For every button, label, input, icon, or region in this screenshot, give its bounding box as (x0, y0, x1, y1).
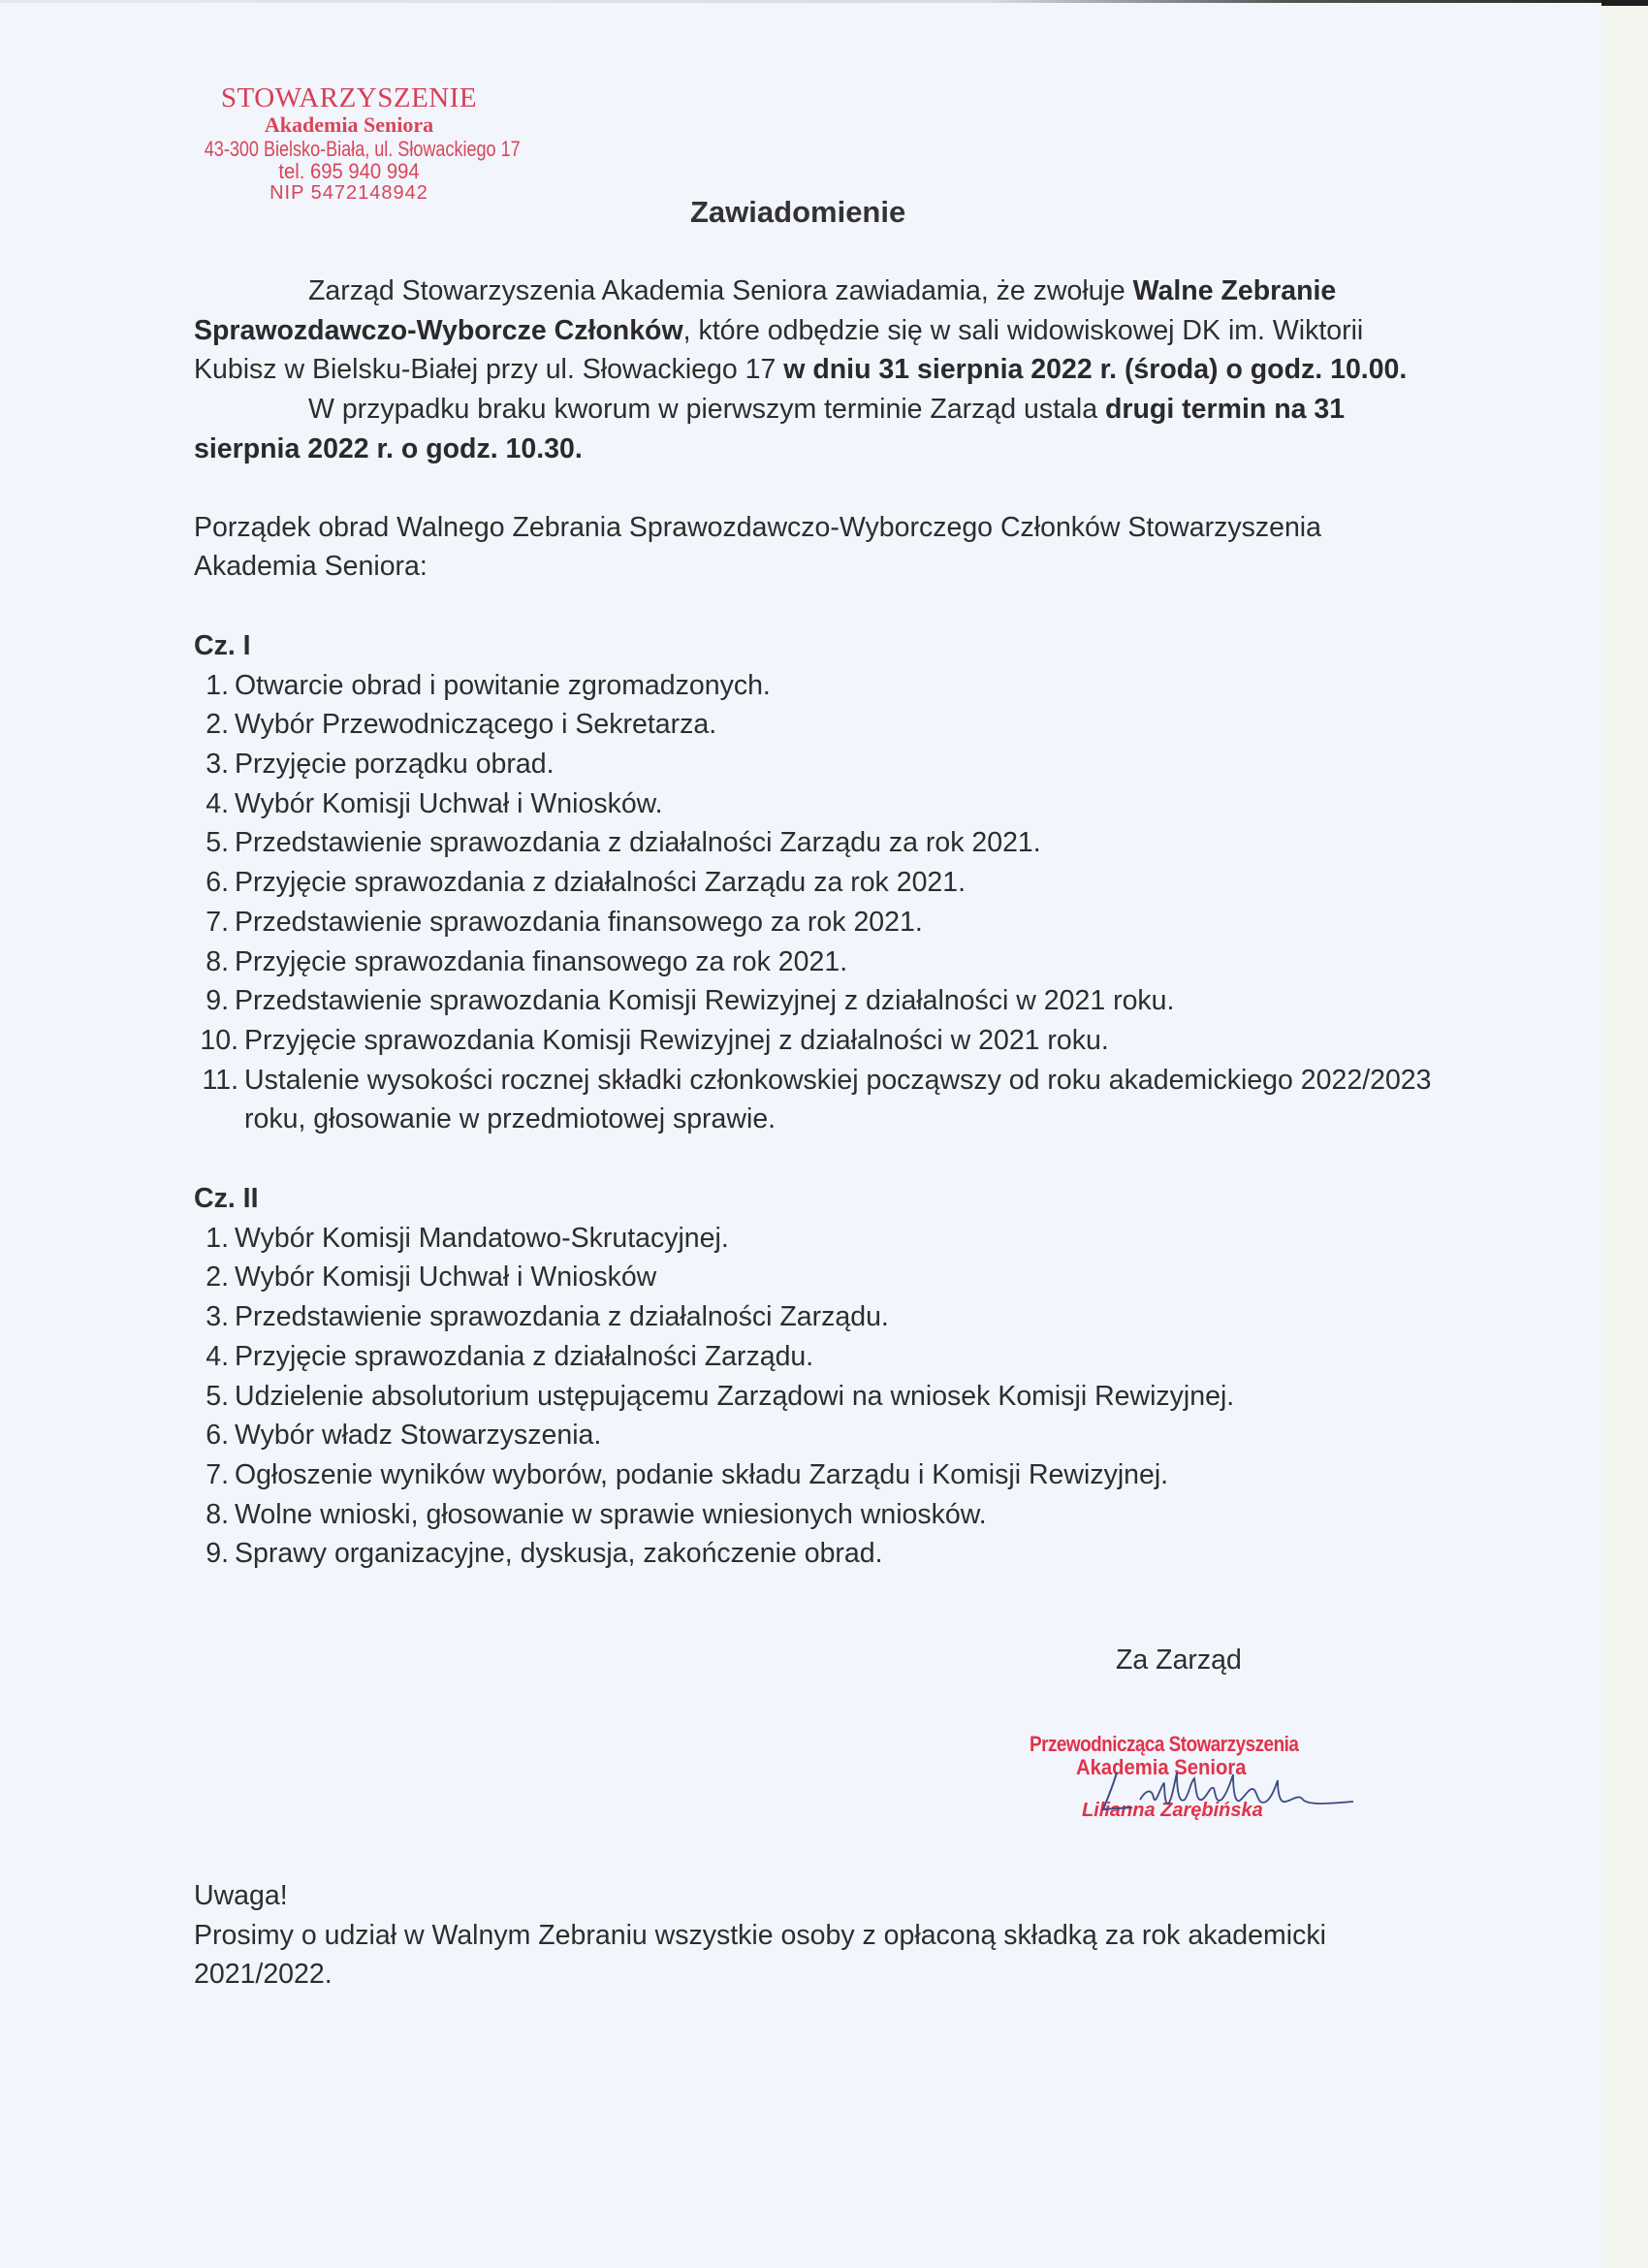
quorum-text: W przypadku braku kworum w pierwszym ter… (308, 394, 1105, 425)
agenda-item-number: 2. (194, 1258, 229, 1297)
agenda-item: 7.Przedstawienie sprawozdania finansoweg… (194, 903, 1444, 942)
agenda-item-text: Wybór Przewodniczącego i Sekretarza. (235, 709, 716, 740)
notice-heading: Uwaga! (194, 1876, 1454, 1916)
agenda-item-text: Otwarcie obrad i powitanie zgromadzonych… (235, 670, 771, 701)
agenda-item-text: Przyjęcie sprawozdania z działalności Za… (235, 867, 966, 898)
agenda-item-text: Przyjęcie sprawozdania Komisji Rewizyjne… (244, 1025, 1109, 1056)
agenda-item-text: Przedstawienie sprawozdania z działalnoś… (235, 827, 1041, 858)
agenda-item: 4.Wybór Komisji Uchwał i Wniosków. (194, 784, 1444, 824)
scan-edge-corner (1601, 0, 1648, 6)
notice-text: Prosimy o udział w Walnym Zebraniu wszys… (194, 1916, 1454, 1995)
agenda-item: 9.Przedstawienie sprawozdania Komisji Re… (194, 981, 1444, 1021)
agenda-item-number: 9. (194, 1534, 229, 1574)
agenda-item-text: Przyjęcie porządku obrad. (235, 749, 555, 780)
letterhead-stamp: STOWARZYSZENIE Akademia Seniora 43-300 B… (173, 83, 525, 204)
agenda-item: 5.Udzielenie absolutorium ustępującemu Z… (194, 1377, 1444, 1417)
agenda-item-number: 5. (194, 823, 229, 863)
part1-heading: Cz. I (194, 626, 1444, 666)
stamp-phone: tel. 695 940 994 (187, 160, 512, 182)
agenda-item-number: 6. (194, 1416, 229, 1455)
agenda-item-number: 7. (194, 1455, 229, 1495)
part1-agenda-list: 1.Otwarcie obrad i powitanie zgromadzony… (194, 666, 1444, 1139)
agenda-item: 7.Ogłoszenie wyników wyborów, podanie sk… (194, 1455, 1444, 1495)
agenda-item-text: Udzielenie absolutorium ustępującemu Zar… (235, 1381, 1234, 1412)
agenda-item: 10.Przyjęcie sprawozdania Komisji Rewizy… (194, 1021, 1444, 1061)
agenda-item-number: 6. (194, 863, 229, 903)
agenda-item-text: Wybór Komisji Mandatowo-Skrutacyjnej. (235, 1223, 729, 1254)
agenda-item: 6.Przyjęcie sprawozdania z działalności … (194, 863, 1444, 903)
agenda-item-number: 8. (194, 942, 229, 982)
agenda-item-text: Wybór Komisji Uchwał i Wniosków. (235, 788, 663, 819)
document-title: Zawiadomienie (690, 195, 905, 230)
agenda-item-number: 11. (194, 1061, 238, 1101)
scan-edge-top (0, 0, 1648, 3)
agenda-item-number: 8. (194, 1495, 229, 1535)
agenda-item-number: 7. (194, 903, 229, 942)
document-body: Zarząd Stowarzyszenia Akademia Seniora z… (194, 272, 1444, 1574)
meeting-date: w dniu 31 sierpnia 2022 r. (środa) o god… (783, 354, 1407, 385)
agenda-item-number: 2. (194, 705, 229, 745)
agenda-item-text: Przedstawienie sprawozdania z działalnoś… (235, 1301, 889, 1332)
agenda-item-text: Przyjęcie sprawozdania z działalności Za… (235, 1341, 813, 1372)
stamp-name: Akademia Seniora (173, 113, 525, 136)
stamp-org: STOWARZYSZENIE (173, 83, 525, 112)
agenda-item: 4.Przyjęcie sprawozdania z działalności … (194, 1337, 1444, 1377)
agenda-item: 3.Przyjęcie porządku obrad. (194, 745, 1444, 784)
agenda-item: 8.Wolne wnioski, głosowanie w sprawie wn… (194, 1495, 1444, 1535)
agenda-item: 2.Wybór Komisji Uchwał i Wniosków (194, 1258, 1444, 1297)
agenda-item-text: Ustalenie wysokości rocznej składki czło… (244, 1065, 1432, 1135)
part2-heading: Cz. II (194, 1179, 1444, 1219)
agenda-item-number: 1. (194, 1219, 229, 1259)
stamp-address: 43-300 Bielsko-Biała, ul. Słowackiego 17 (205, 138, 493, 160)
intro-paragraph-1: Zarząd Stowarzyszenia Akademia Seniora z… (194, 272, 1444, 390)
stamp-nip: NIP 5472148942 (173, 183, 525, 204)
agenda-item: 1.Otwarcie obrad i powitanie zgromadzony… (194, 666, 1444, 706)
agenda-item-number: 5. (194, 1377, 229, 1417)
agenda-item: 1.Wybór Komisji Mandatowo-Skrutacyjnej. (194, 1219, 1444, 1259)
agenda-item-text: Przyjęcie sprawozdania finansowego za ro… (235, 946, 847, 977)
agenda-item-number: 1. (194, 666, 229, 706)
agenda-item-number: 3. (194, 1297, 229, 1337)
agenda-item-number: 10. (194, 1021, 238, 1061)
intro-paragraph-2: W przypadku braku kworum w pierwszym ter… (194, 390, 1444, 468)
agenda-item: 3.Przedstawienie sprawozdania z działaln… (194, 1297, 1444, 1337)
agenda-item-text: Sprawy organizacyjne, dyskusja, zakończe… (235, 1538, 883, 1569)
agenda-item-number: 4. (194, 784, 229, 824)
agenda-item-text: Wybór Komisji Uchwał i Wniosków (235, 1262, 656, 1293)
agenda-item-text: Wolne wnioski, głosowanie w sprawie wnie… (235, 1499, 987, 1530)
agenda-item-number: 3. (194, 745, 229, 784)
scan-edge-right (1601, 0, 1648, 2268)
agenda-item: 8.Przyjęcie sprawozdania finansowego za … (194, 942, 1444, 982)
agenda-item-text: Przedstawienie sprawozdania finansowego … (235, 907, 923, 938)
handwritten-signature (1095, 1761, 1357, 1819)
intro-text: Zarząd Stowarzyszenia Akademia Seniora z… (308, 275, 1133, 306)
agenda-item: 2.Wybór Przewodniczącego i Sekretarza. (194, 705, 1444, 745)
agenda-item: 9.Sprawy organizacyjne, dyskusja, zakońc… (194, 1534, 1444, 1574)
agenda-intro: Porządek obrad Walnego Zebrania Sprawozd… (194, 508, 1444, 587)
agenda-item: 6.Wybór władz Stowarzyszenia. (194, 1416, 1444, 1455)
notice: Uwaga! Prosimy o udział w Walnym Zebrani… (194, 1876, 1454, 1995)
agenda-item: 11.Ustalenie wysokości rocznej składki c… (194, 1061, 1444, 1139)
signature-role: Przewodnicząca Stowarzyszenia (1030, 1732, 1296, 1757)
agenda-item-text: Wybór władz Stowarzyszenia. (235, 1420, 601, 1451)
agenda-item-text: Przedstawienie sprawozdania Komisji Rewi… (235, 985, 1174, 1016)
signature-label: Za Zarząd (1116, 1645, 1242, 1677)
agenda-item-text: Ogłoszenie wyników wyborów, podanie skła… (235, 1459, 1168, 1490)
agenda-item-number: 9. (194, 981, 229, 1021)
part2-agenda-list: 1.Wybór Komisji Mandatowo-Skrutacyjnej.2… (194, 1219, 1444, 1574)
agenda-item: 5.Przedstawienie sprawozdania z działaln… (194, 823, 1444, 863)
agenda-item-number: 4. (194, 1337, 229, 1377)
